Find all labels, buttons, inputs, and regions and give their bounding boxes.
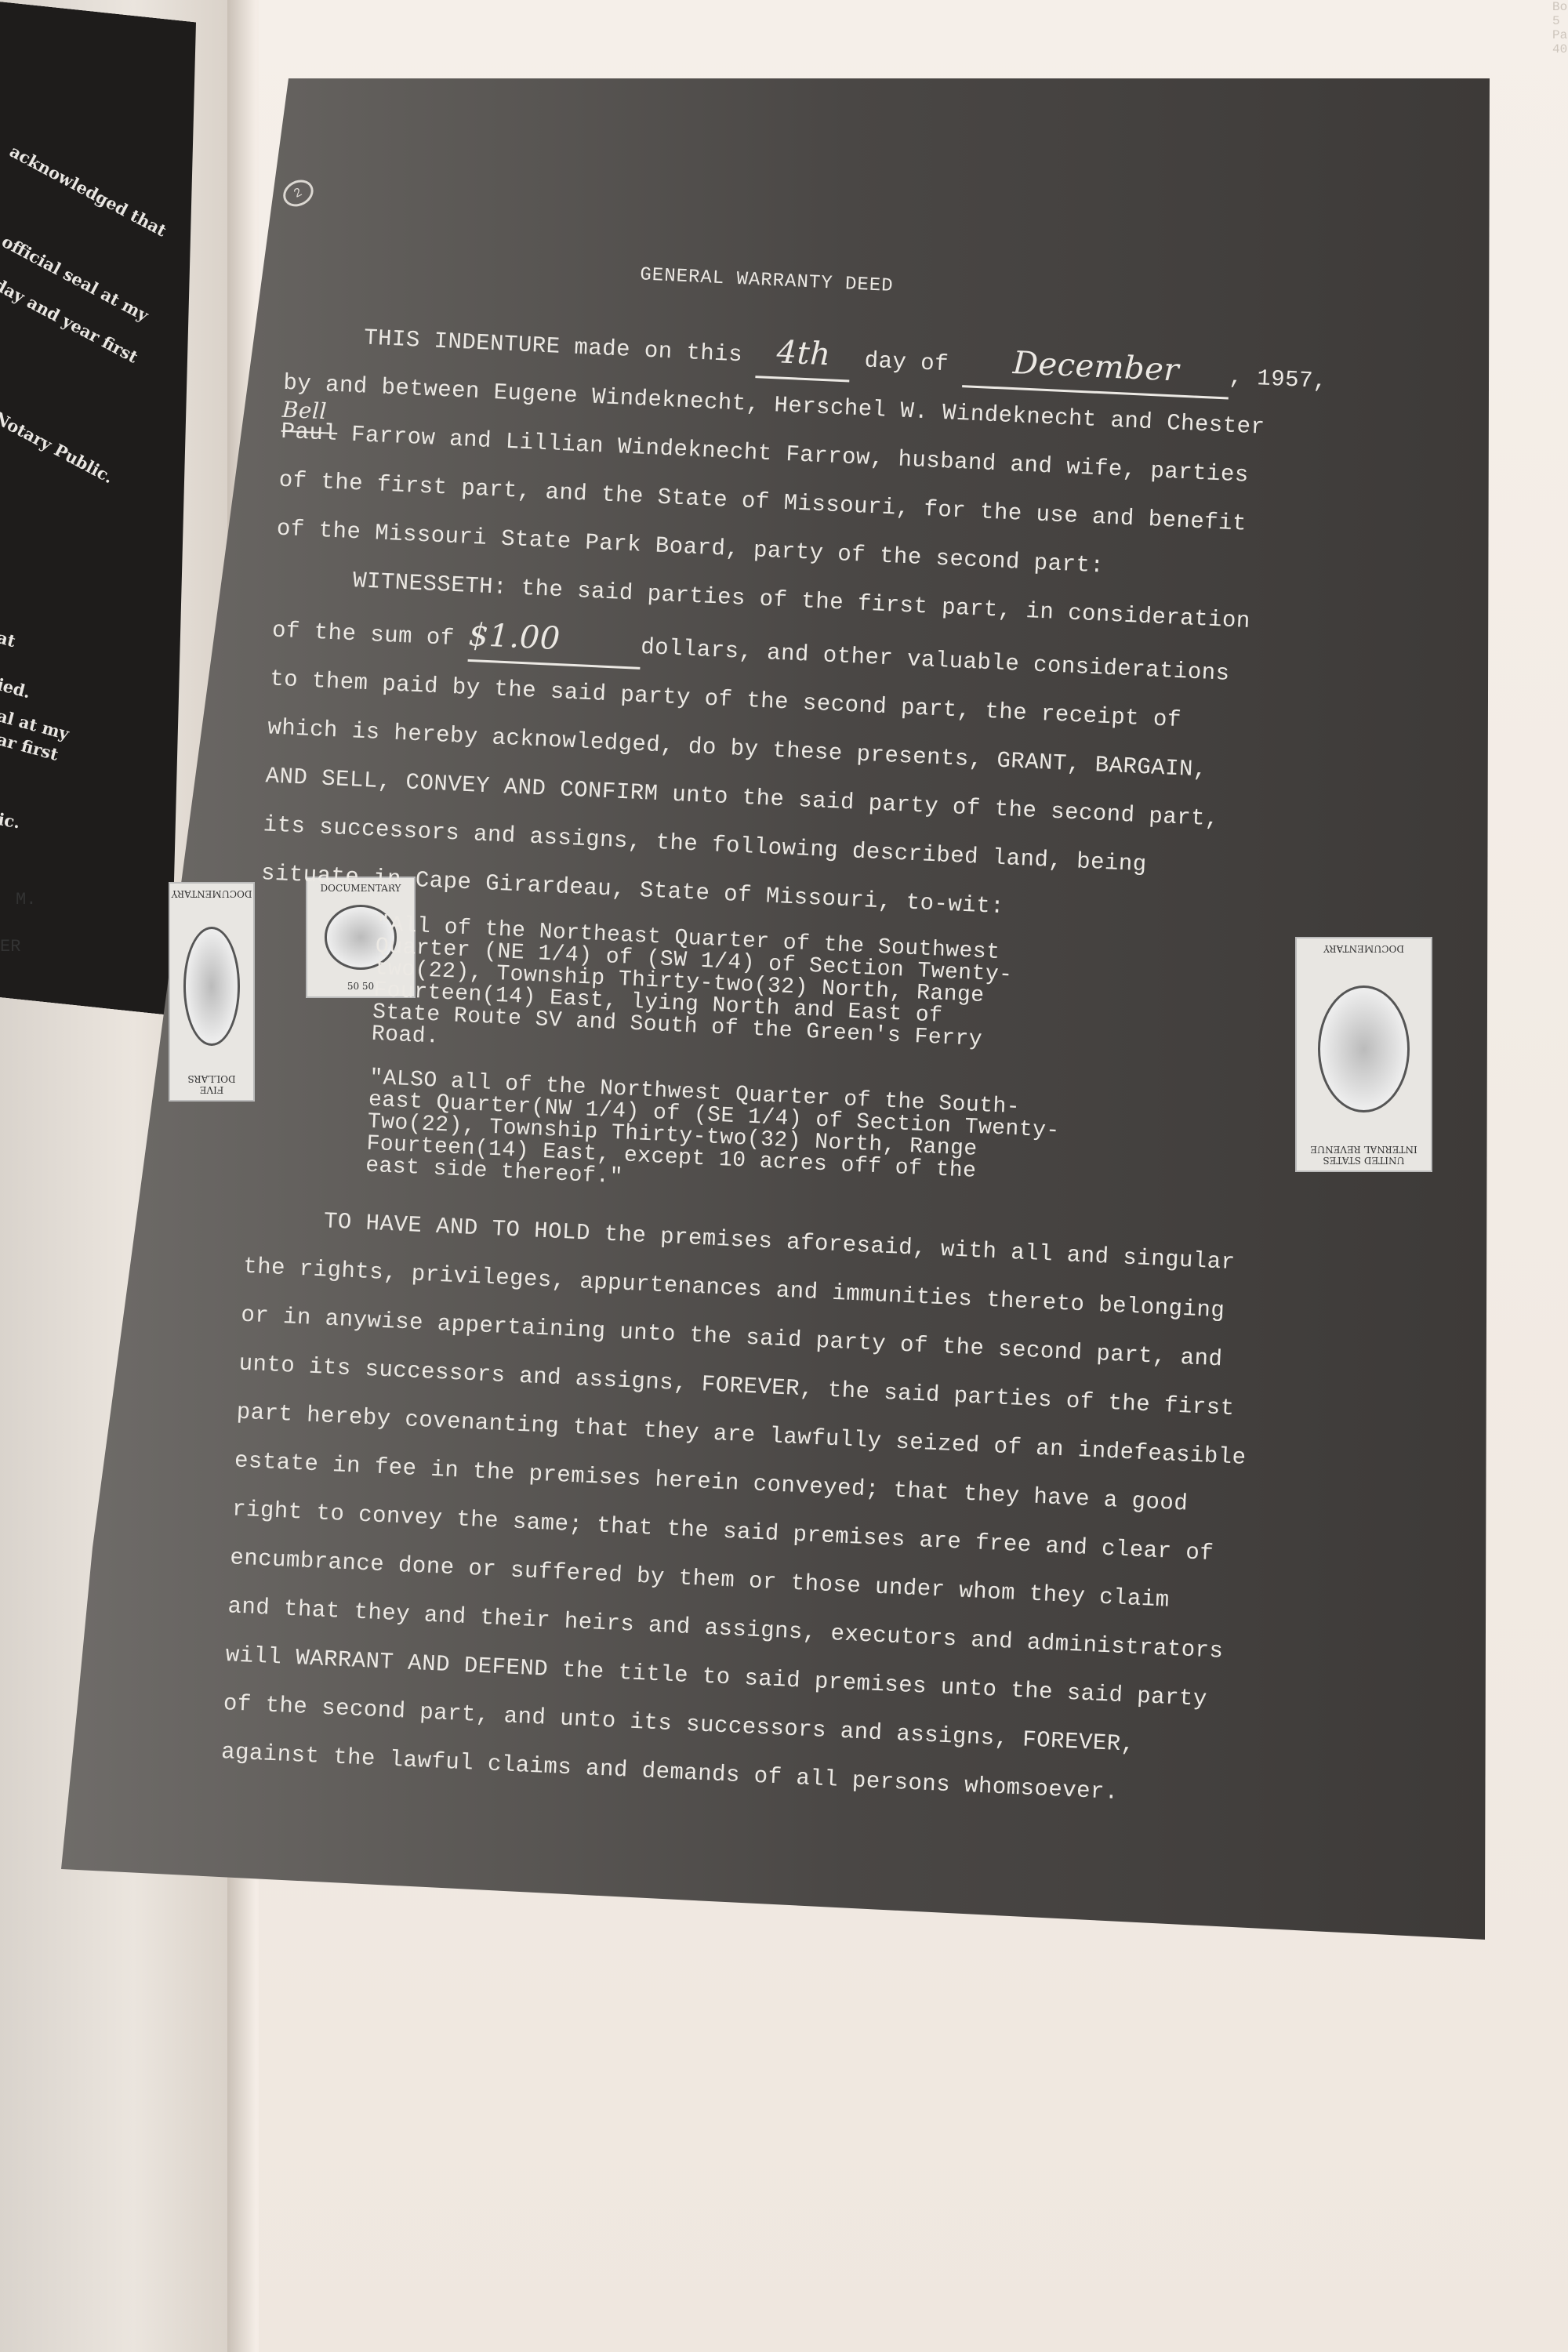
five-dollar-stamp: FIVE DOLLARS DOCUMENTARY: [169, 882, 255, 1102]
month-handwritten: December: [962, 336, 1231, 399]
sum-prefix: of the sum of: [271, 617, 455, 652]
habendum-clause: TO HAVE AND TO HOLD the premises aforesa…: [220, 1194, 1437, 1831]
intro-year: , 1957,: [1229, 365, 1328, 395]
sum-handwritten: $1.00: [467, 611, 642, 670]
left-fragment: ic.: [0, 809, 22, 832]
stamp-text: FIVE DOLLARS: [175, 1073, 249, 1095]
intro-mid: day of: [864, 347, 949, 377]
intro-prefix: THIS INDENTURE made on this: [363, 325, 742, 368]
stamp-text: DOCUMENTARY: [172, 888, 252, 899]
day-handwritten: 4th: [756, 327, 852, 382]
land-description-1: "All of the Northeast Quarter of the Sou…: [371, 914, 1129, 1080]
stamp-portrait: [183, 927, 240, 1045]
left-lower-fragment: M.: [16, 890, 36, 909]
left-lower-fragment: ER: [0, 937, 20, 956]
deed-document: 2 GENERAL WARRANTY DEED THIS INDENTURE m…: [220, 235, 1481, 1831]
handwritten-correction: Bell: [281, 386, 328, 437]
land-description-2: "ALSO all of the Northwest Quarter of th…: [365, 1068, 1122, 1211]
land-descriptions: "All of the Northeast Quarter of the Sou…: [365, 914, 1129, 1211]
running-header: Book 5 Page 40: [1552, 0, 1568, 56]
